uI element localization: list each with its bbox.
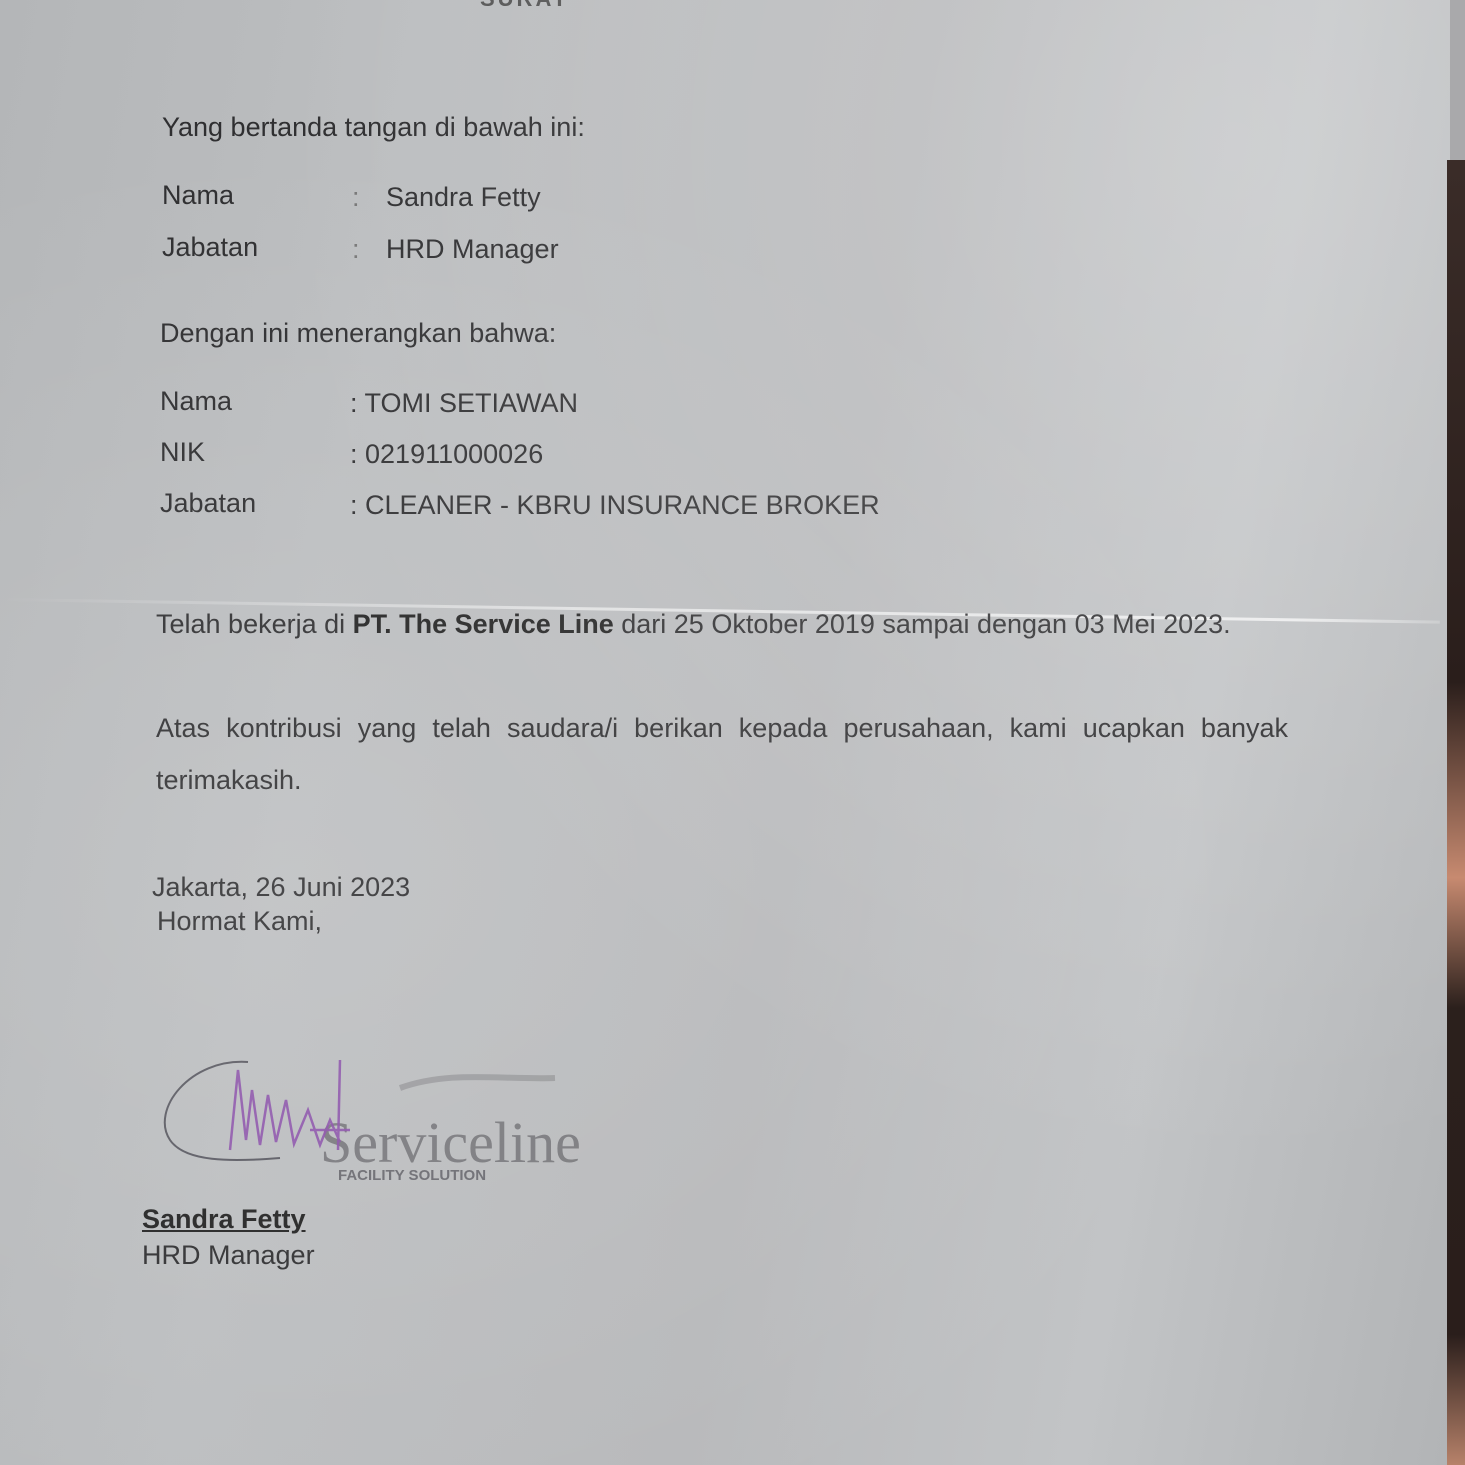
employee-position-value: : CLEANER - KBRU INSURANCE BROKER xyxy=(350,490,880,521)
thanks-paragraph: Atas kontribusi yang telah saudara/i ber… xyxy=(156,702,1288,806)
signer-name-value: Sandra Fetty xyxy=(386,182,541,213)
document-paper: SURAT Yang bertanda tangan di bawah ini:… xyxy=(0,0,1450,1465)
employee-name-value: : TOMI SETIAWAN xyxy=(350,388,578,419)
place-date: Jakarta, 26 Juni 2023 xyxy=(152,872,410,903)
signature-title: HRD Manager xyxy=(142,1240,315,1271)
closing-text: Hormat Kami, xyxy=(157,906,322,937)
signer-name-label: Nama xyxy=(162,180,234,211)
colon: : xyxy=(352,182,360,213)
company-stamp-and-signature: Serviceline FACILITY SOLUTION xyxy=(160,1050,580,1190)
statement-intro: Dengan ini menerangkan bahwa: xyxy=(160,318,556,349)
employee-nik-label: NIK xyxy=(160,437,205,468)
signature-name: Sandra Fetty xyxy=(142,1204,306,1235)
signer-position-label: Jabatan xyxy=(162,232,258,263)
company-name: PT. The Service Line xyxy=(353,609,614,639)
intro-text: Yang bertanda tangan di bawah ini: xyxy=(162,112,585,143)
svg-text:Serviceline: Serviceline xyxy=(320,1110,580,1175)
employee-nik-value: : 021911000026 xyxy=(350,439,543,470)
svg-text:FACILITY SOLUTION: FACILITY SOLUTION xyxy=(338,1167,486,1184)
employment-paragraph: Telah bekerja di PT. The Service Line da… xyxy=(156,598,1288,650)
document-heading-partial: SURAT xyxy=(480,0,650,6)
colon: : xyxy=(352,234,360,265)
employee-name-label: Nama xyxy=(160,386,232,417)
background-edge xyxy=(1447,160,1465,1465)
signer-position-value: HRD Manager xyxy=(386,234,559,265)
employee-position-label: Jabatan xyxy=(160,488,256,519)
